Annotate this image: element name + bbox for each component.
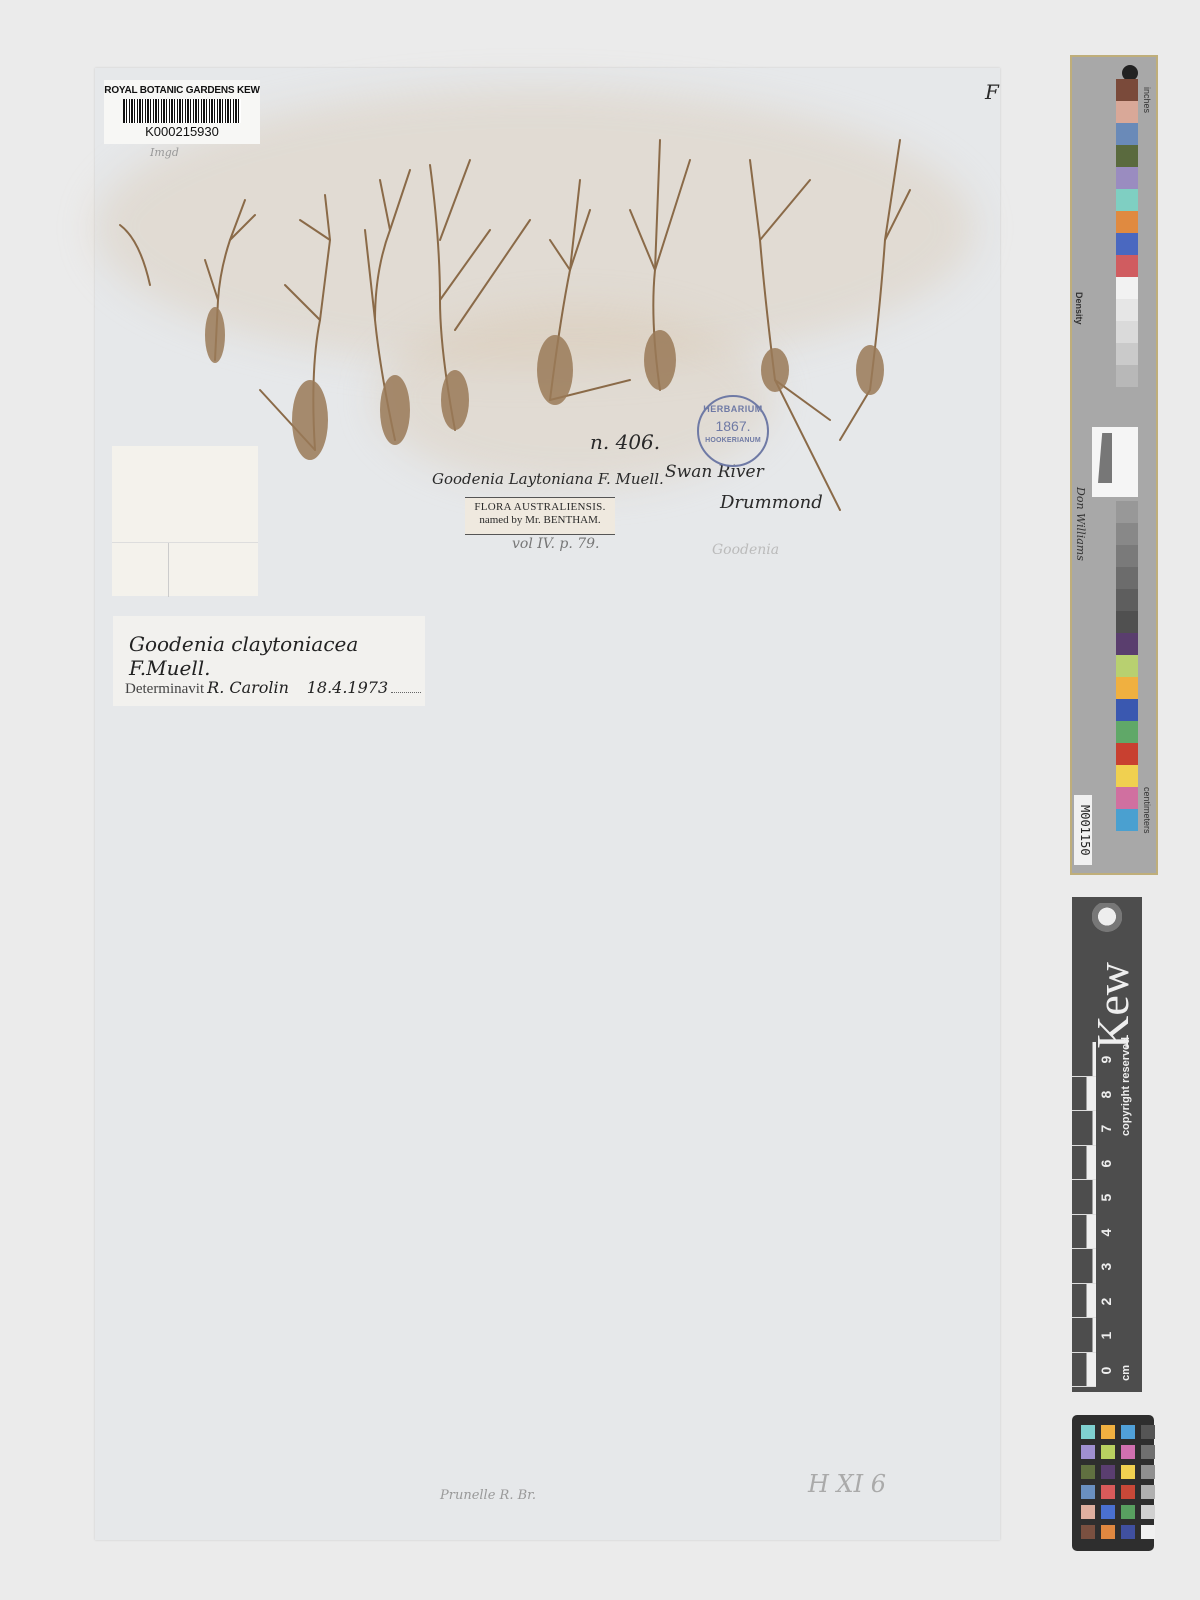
scale-segment — [1072, 1111, 1096, 1146]
color-patch — [1116, 545, 1138, 567]
scale-tick-label: 7 — [1098, 1111, 1116, 1146]
scale-tick-label: 5 — [1098, 1180, 1116, 1215]
checker-patch — [1081, 1525, 1095, 1539]
scale-segment — [1072, 1146, 1096, 1181]
color-patch — [1116, 255, 1138, 277]
color-patch — [1116, 321, 1138, 343]
color-patch — [1116, 233, 1138, 255]
checker-patch — [1101, 1425, 1115, 1439]
color-checker-card — [1072, 1415, 1154, 1551]
checker-patch — [1121, 1505, 1135, 1519]
royal-crest-icon — [1092, 903, 1122, 937]
checker-patch — [1121, 1425, 1135, 1439]
color-patch — [1116, 611, 1138, 633]
flora-line1: FLORA AUSTRALIENSIS. — [465, 501, 615, 513]
copyright-text: copyright reserved — [1120, 1037, 1132, 1136]
fragment-packet — [112, 446, 258, 596]
determination-label: Goodenia claytoniacea F.Muell. Determina… — [113, 616, 425, 706]
color-patch — [1116, 365, 1138, 387]
scale-segment — [1072, 1215, 1096, 1250]
color-patch — [1116, 523, 1138, 545]
scale-tick-label: 4 — [1098, 1215, 1116, 1250]
scale-tick-label: 1 — [1098, 1318, 1116, 1353]
checker-patch — [1081, 1425, 1095, 1439]
institution-name: ROYAL BOTANIC GARDENS KEW — [104, 85, 260, 96]
checker-patch — [1121, 1465, 1135, 1479]
stamp-top: HERBARIUM — [699, 404, 767, 414]
scale-segment — [1072, 1042, 1096, 1077]
scale-segment — [1072, 1249, 1096, 1284]
color-patch — [1116, 189, 1138, 211]
checker-patch — [1141, 1505, 1155, 1519]
bottom-left-note: Prunelle R. Br. — [440, 1488, 536, 1503]
density-label: Density — [1074, 292, 1084, 325]
color-patch — [1116, 277, 1138, 299]
checker-patch — [1141, 1465, 1155, 1479]
determiner: R. Carolin — [207, 678, 289, 697]
checker-patch — [1081, 1505, 1095, 1519]
color-bar-code: M001150 — [1074, 795, 1092, 865]
flora-australiensis-label: FLORA AUSTRALIENSIS. named by Mr. BENTHA… — [465, 497, 615, 535]
cm-unit: cm — [1120, 1365, 1132, 1381]
checker-patch — [1101, 1505, 1115, 1519]
color-patch — [1116, 787, 1138, 809]
scale-tick-label: 8 — [1098, 1077, 1116, 1112]
checker-patch — [1121, 1445, 1135, 1459]
color-patch — [1116, 145, 1138, 167]
checker-patch — [1101, 1445, 1115, 1459]
checker-patch — [1121, 1525, 1135, 1539]
stamp-year: 1867. — [699, 418, 767, 434]
color-patch — [1116, 79, 1138, 101]
scale-segment — [1072, 1353, 1096, 1388]
color-patch — [1116, 299, 1138, 321]
herbarium-stamp: HERBARIUM 1867. HOOKERIANUM — [697, 395, 769, 467]
determinavit-line: DeterminavitR. Carolin 18.4.1973 — [125, 678, 388, 698]
scale-tick-label: 6 — [1098, 1146, 1116, 1181]
color-patch — [1116, 809, 1138, 831]
collector: Drummond — [720, 492, 823, 513]
scale-segment — [1072, 1318, 1096, 1353]
checker-patch — [1081, 1465, 1095, 1479]
cm-ticks: 0123456789 — [1098, 1042, 1116, 1387]
scale-tick-label: 9 — [1098, 1042, 1116, 1077]
color-patch — [1116, 633, 1138, 655]
color-patch — [1116, 567, 1138, 589]
checker-patches — [1081, 1425, 1155, 1539]
handwritten-name: Goodenia Laytoniana F. Muell. — [432, 470, 664, 488]
color-patch — [1116, 343, 1138, 365]
scale-segment — [1072, 1180, 1096, 1215]
collection-number: n. 406. — [590, 430, 660, 454]
color-patch — [1116, 655, 1138, 677]
taxon-name: Goodenia claytoniacea F.Muell. — [129, 632, 425, 680]
checker-patch — [1141, 1525, 1155, 1539]
color-patch — [1116, 387, 1138, 409]
color-patch — [1116, 721, 1138, 743]
checker-patch — [1081, 1485, 1095, 1499]
checker-patch — [1141, 1485, 1155, 1499]
scale-segment — [1072, 1077, 1096, 1112]
scale-tick-label: 2 — [1098, 1284, 1116, 1319]
color-patch — [1116, 167, 1138, 189]
color-bar-brand: Don Williams — [1074, 487, 1087, 561]
kew-logo: Kew — [1086, 962, 1139, 1049]
color-patches — [1116, 79, 1138, 831]
bottom-right-note: H XI 6 — [808, 1470, 886, 1498]
checker-patch — [1101, 1465, 1115, 1479]
color-patch — [1116, 743, 1138, 765]
faint-genus-note: Goodenia — [712, 542, 779, 558]
scale-tick-label: 3 — [1098, 1249, 1116, 1284]
checker-patch — [1101, 1485, 1115, 1499]
checker-patch — [1141, 1445, 1155, 1459]
flora-line2: named by Mr. BENTHAM. — [465, 514, 615, 526]
color-patch — [1116, 699, 1138, 721]
scale-segment — [1072, 1284, 1096, 1319]
determination-date: 18.4.1973 — [307, 678, 388, 697]
color-calibration-bar: inches Density Don Williams centimeters … — [1070, 55, 1158, 875]
cm-scale — [1072, 1042, 1096, 1387]
color-patch — [1116, 501, 1138, 523]
color-patch — [1116, 765, 1138, 787]
color-patch — [1116, 677, 1138, 699]
color-patch — [1116, 123, 1138, 145]
color-patch — [1116, 211, 1138, 233]
corner-mark: F — [985, 80, 999, 104]
determinavit-prefix: Determinavit — [125, 681, 204, 697]
checker-patch — [1121, 1485, 1135, 1499]
checker-patch — [1141, 1425, 1155, 1439]
color-patch — [1116, 589, 1138, 611]
scale-tick-label: 0 — [1098, 1353, 1116, 1388]
color-patch — [1116, 101, 1138, 123]
inches-label: inches — [1142, 87, 1152, 113]
locality: Swan River — [665, 462, 764, 482]
checker-patch — [1101, 1525, 1115, 1539]
flora-reference: vol IV. p. 79. — [512, 536, 600, 552]
stamp-bottom: HOOKERIANUM — [699, 437, 767, 444]
centimeters-label: centimeters — [1142, 787, 1152, 834]
checker-patch — [1081, 1445, 1095, 1459]
kew-scale-bar: Kew 0123456789 copyright reserved cm — [1072, 897, 1142, 1392]
